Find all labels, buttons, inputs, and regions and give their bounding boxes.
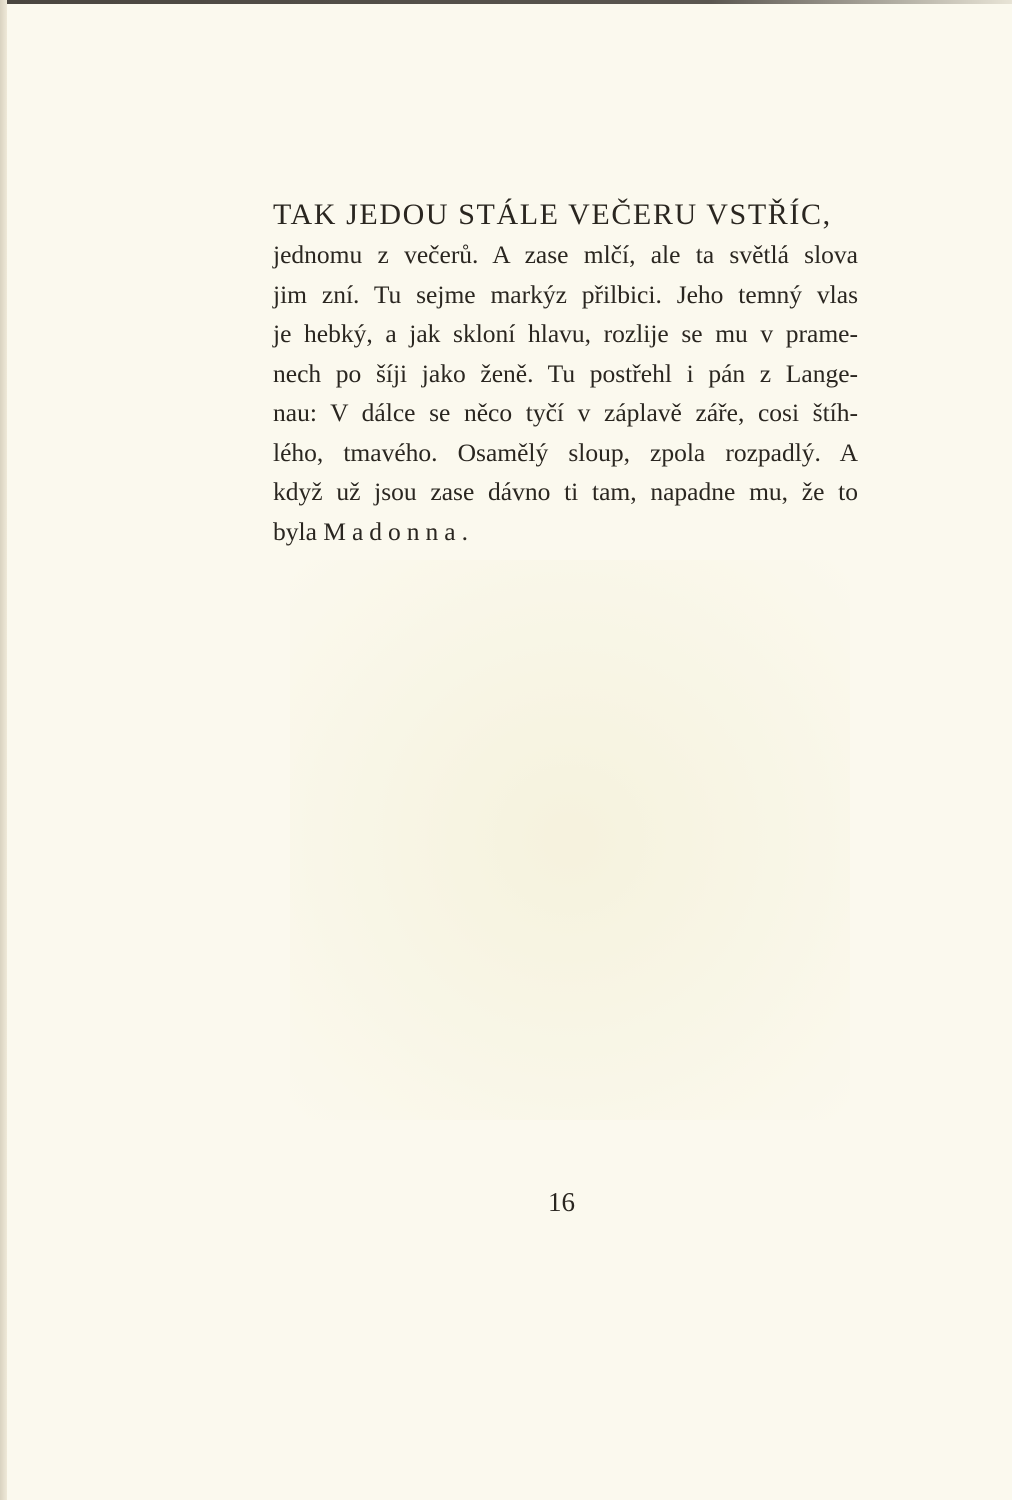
page-number: 16 [548, 1187, 575, 1218]
text-line: nau: V dálce se něco tyčí v záplavě záře… [273, 393, 858, 433]
page-top-edge [0, 0, 1012, 4]
text-line: jim zní. Tu sejme markýz přilbici. Jeho … [273, 275, 858, 315]
spaced-word: Madonna [323, 517, 461, 546]
text-line: je hebký, a jak skloní hlavu, rozlije se… [273, 314, 858, 354]
paper-tint [290, 560, 850, 1120]
body-text: TAK JEDOU STÁLE VEČERU VSTŘÍC, jednomu z… [273, 195, 858, 551]
text-line: jednomu z večerů. A zase mlčí, ale ta sv… [273, 235, 858, 275]
text-line: nech po šíji jako ženě. Tu postřehl i pá… [273, 354, 858, 394]
text-fragment: . [462, 517, 468, 546]
page-left-edge [0, 0, 7, 1500]
text-fragment: byla [273, 517, 323, 546]
text-line: když už jsou zase dávno ti tam, napadne … [273, 472, 858, 512]
text-line-last: byla Madonna. [273, 512, 858, 552]
chapter-opening: TAK JEDOU STÁLE VEČERU VSTŘÍC, [273, 195, 858, 235]
text-line: lého, tmavého. Osamělý sloup, zpola rozp… [273, 433, 858, 473]
